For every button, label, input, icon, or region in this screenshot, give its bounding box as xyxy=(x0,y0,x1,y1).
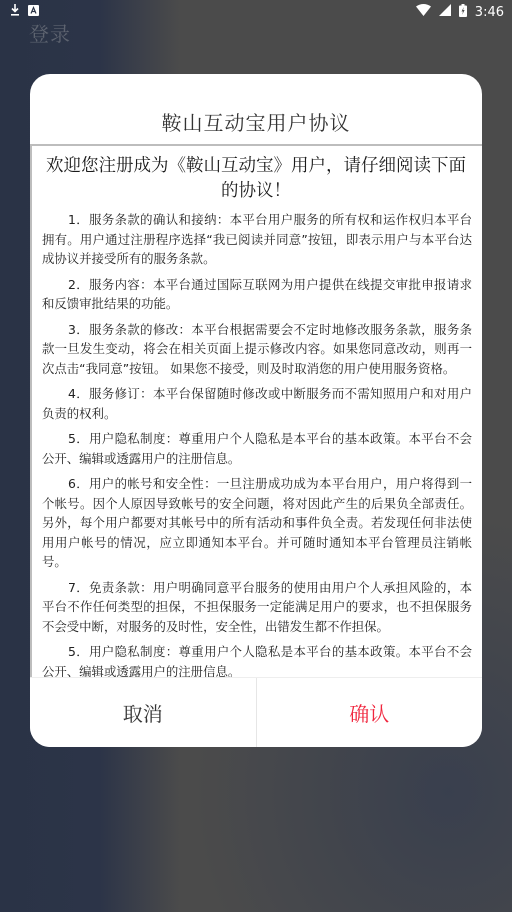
status-time: 3:46 xyxy=(475,5,504,20)
page-title: 登录 xyxy=(29,18,71,47)
agreement-paragraph: 5．用户隐私制度：尊重用户个人隐私是本平台的基本政策。本平台不会公开、编辑或透露… xyxy=(40,642,472,679)
dialog-actions: 取消 确认 xyxy=(30,677,482,747)
agreement-paragraph: 2．服务内容：本平台通过国际互联网为用户提供在线提交审批申报请求和反馈审批结果的… xyxy=(40,275,472,314)
agreement-paragraph: 5．用户隐私制度：尊重用户个人隐私是本平台的基本政策。本平台不会公开、编辑或透露… xyxy=(40,429,472,468)
welcome-heading: 欢迎您注册成为《鞍山互动宝》用户，请仔细阅读下面的协议！ xyxy=(40,154,472,204)
download-icon xyxy=(10,4,20,20)
status-bar: 3:46 xyxy=(0,0,512,24)
confirm-button[interactable]: 确认 xyxy=(257,678,483,747)
battery-charging-icon xyxy=(459,4,467,21)
cancel-button[interactable]: 取消 xyxy=(30,678,257,747)
agreement-dialog: 鞍山互动宝用户协议 欢迎您注册成为《鞍山互动宝》用户，请仔细阅读下面的协议！ 1… xyxy=(30,74,482,747)
agreement-scroll-area[interactable]: 欢迎您注册成为《鞍山互动宝》用户，请仔细阅读下面的协议！ 1．服务条款的确认和接… xyxy=(30,144,482,679)
dialog-title: 鞍山互动宝用户协议 xyxy=(30,74,482,144)
wifi-icon xyxy=(416,4,431,20)
cell-signal-icon xyxy=(439,4,451,20)
agreement-paragraph: 7．免责条款：用户明确同意平台服务的使用由用户个人承担风险的，本平台不作任何类型… xyxy=(40,578,472,637)
agreement-paragraph: 1．服务条款的确认和接纳：本平台用户服务的所有权和运作权归本平台拥有。用户通过注… xyxy=(40,210,472,269)
agreement-paragraph: 3．服务条款的修改：本平台根据需要会不定时地修改服务条款，服务条款一旦发生变动，… xyxy=(40,320,472,379)
agreement-paragraph: 4．服务修订：本平台保留随时修改或中断服务而不需知照用户和对用户负责的权利。 xyxy=(40,384,472,423)
agreement-paragraph: 6．用户的帐号和安全性：一旦注册成功成为本平台用户，用户将得到一个帐号。因个人原… xyxy=(40,474,472,572)
